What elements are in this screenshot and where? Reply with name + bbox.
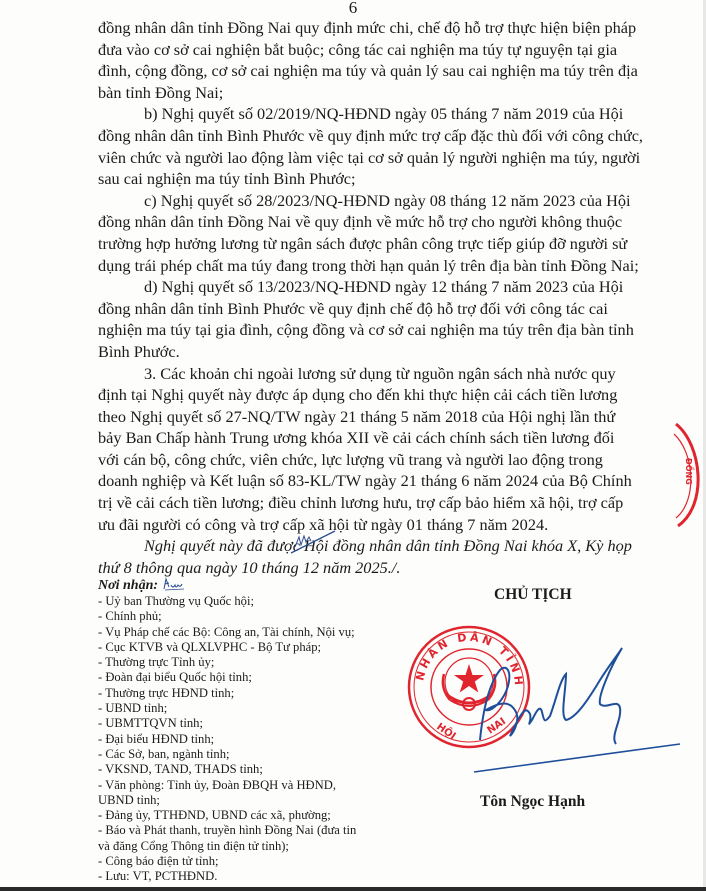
text-line: viên chức và người lao động làm việc tại… [98, 147, 643, 169]
recipient-item: và đăng Cổng Thông tin điện tử tỉnh); [98, 839, 388, 854]
text-line: đồng nhân dân tỉnh Bình Phước về quy địn… [98, 298, 643, 320]
recipient-item: - Công báo điện tử tỉnh; [98, 854, 388, 869]
paragraph-item-c: c) Nghị quyết số 28/2023/NQ-HĐND ngày 08… [98, 190, 643, 276]
text-line: với cán bộ, công chức, viên chức, lực lư… [98, 449, 643, 471]
text-line: 3. Các khoản chi ngoài lương sử dụng từ … [98, 363, 643, 385]
text-line: d) Nghị quyết số 13/2023/NQ-HĐND ngày 12… [98, 276, 643, 298]
recipient-item: - Lưu: VT, PCTHĐND. [98, 869, 388, 884]
text-line: Nghị quyết này đã được Hội đồng nhân dân… [98, 535, 643, 557]
text-line: c) Nghị quyết số 28/2023/NQ-HĐND ngày 08… [98, 190, 643, 212]
stamp-fragment-text: ĐỒNG [684, 458, 696, 485]
recipient-item: - UBND tỉnh; [98, 701, 388, 716]
text-line: trị về cải cách tiền lương; điều chỉnh l… [98, 492, 643, 514]
recipient-item: - Chính phủ; [98, 609, 388, 624]
overlap-stamp-fragment: ĐỒNG [672, 420, 706, 530]
text-line: thứ 8 thông qua ngày 10 tháng 12 năm 202… [98, 557, 643, 579]
recipient-item: - Đại biểu HĐND tỉnh; [98, 732, 388, 747]
paragraph-closing: Nghị quyết này đã được Hội đồng nhân dân… [98, 535, 643, 578]
text-line: đồng nhân dân tỉnh Đồng Nai về quy định … [98, 211, 643, 233]
document-page: 6 đồng nhân dân tỉnh Đồng Nai quy định m… [0, 0, 706, 891]
text-line: theo Nghị quyết số 27-NQ/TW ngày 21 thán… [98, 406, 643, 428]
initials-mark [285, 525, 340, 555]
recipients-title: Nơi nhận: [98, 577, 388, 594]
recipient-item: - Văn phòng: Tỉnh ủy, Đoàn ĐBQH và HĐND, [98, 778, 388, 793]
text-line: b) Nghị quyết số 02/2019/NQ-HĐND ngày 05… [98, 103, 643, 125]
recipient-item: - Cục KTVB và QLXLVPHC - Bộ Tư pháp; [98, 640, 388, 655]
recipient-item: - Thường trực Tỉnh ủy; [98, 655, 388, 670]
recipient-item: - Đảng ủy, TTHĐND, UBND các xã, phường; [98, 808, 388, 823]
handwritten-signature [470, 640, 690, 780]
signer-name: Tôn Ngọc Hạnh [480, 793, 585, 811]
recipient-item: - Báo và Phát thanh, truyền hình Đồng Na… [98, 823, 388, 838]
text-line: nghiện ma túy tại gia đình, cộng đồng và… [98, 319, 643, 341]
paragraph-item-d: d) Nghị quyết số 13/2023/NQ-HĐND ngày 12… [98, 276, 643, 362]
recipient-item: - Uỷ ban Thường vụ Quốc hội; [98, 594, 388, 609]
recipient-item: - UBMTTQVN tỉnh; [98, 716, 388, 731]
text-line: bảy Ban Chấp hành Trung ương khóa XII về… [98, 427, 643, 449]
paragraph-item-b: b) Nghị quyết số 02/2019/NQ-HĐND ngày 05… [98, 103, 643, 189]
resolution-body: đồng nhân dân tỉnh Đồng Nai quy định mức… [98, 17, 643, 578]
recipients-title-label: Nơi nhận: [98, 578, 158, 593]
text-line: trường hợp hưởng lương từ ngân sách được… [98, 233, 643, 255]
recipient-item: - Vụ Pháp chế các Bộ: Công an, Tài chính… [98, 625, 388, 640]
recipient-item: - Thường trực HĐND tỉnh; [98, 686, 388, 701]
recipient-item: - Các Sở, ban, ngành tỉnh; [98, 747, 388, 762]
text-line: đình, cộng đồng, cơ sở cai nghiện ma túy… [98, 60, 643, 82]
text-line: đồng nhân dân tỉnh Đồng Nai quy định mức… [98, 17, 643, 39]
page-bottom-edge [0, 887, 706, 891]
recipients-list: Nơi nhận: - Uỷ ban Thường vụ Quốc hội;- … [98, 577, 388, 885]
text-line: bàn tỉnh Đồng Nai; [98, 82, 643, 104]
recipient-item: - Đoàn đại biểu Quốc hội tỉnh; [98, 670, 388, 685]
recipient-item: - VKSND, TAND, THADS tỉnh; [98, 762, 388, 777]
recipient-item: UBND tỉnh; [98, 793, 388, 808]
text-line: ưu đãi người có công và trợ cấp xã hội t… [98, 514, 643, 536]
text-line: định tại Nghị quyết này được áp dụng cho… [98, 384, 643, 406]
paragraph-continuation: đồng nhân dân tỉnh Đồng Nai quy định mức… [98, 17, 643, 103]
text-line: doanh nghiệp và Kết luận số 83-KL/TW ngà… [98, 470, 643, 492]
page-number: 6 [0, 0, 706, 18]
text-line: dụng trái phép chất ma túy đang trong th… [98, 255, 643, 277]
signer-title: CHỦ TỊCH [494, 586, 572, 604]
initials-signature-icon [162, 577, 186, 591]
text-line: Bình Phước. [98, 341, 643, 363]
text-line: đưa vào cơ sở cai nghiện bắt buộc; công … [98, 39, 643, 61]
paragraph-item-3: 3. Các khoản chi ngoài lương sử dụng từ … [98, 363, 643, 536]
text-line: sau cai nghiện ma túy tỉnh Bình Phước; [98, 168, 643, 190]
text-line: đồng nhân dân tỉnh Bình Phước về quy địn… [98, 125, 643, 147]
